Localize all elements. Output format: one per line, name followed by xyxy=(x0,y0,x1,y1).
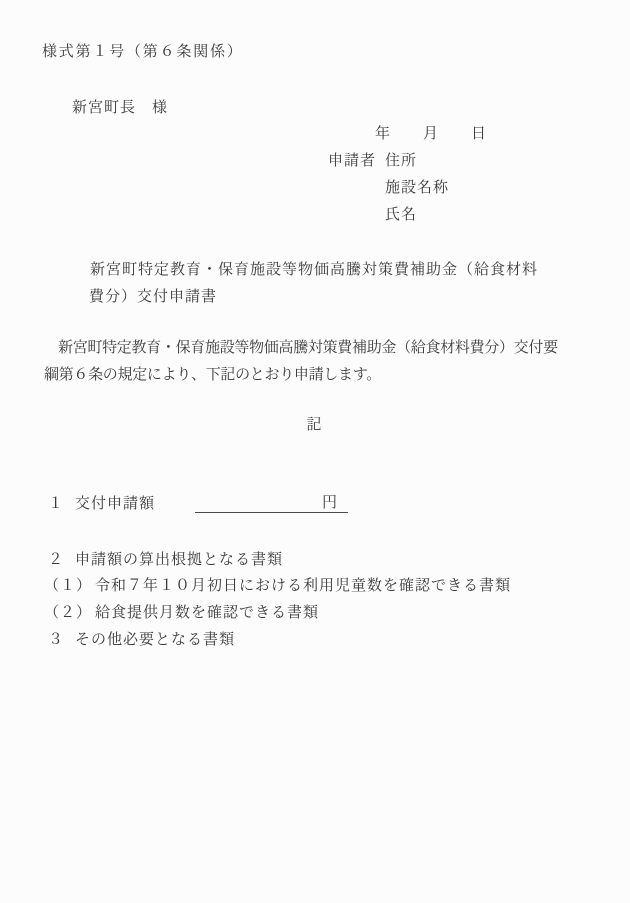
item-2-label: 申請額の算出根拠となる書類 xyxy=(75,553,283,568)
body-paragraph-line-1: 新宮町特定教育・保育施設等物価高騰対策費補助金（給食材料費分）交付要 xyxy=(58,341,558,356)
item-2-sub-1-number: （１） xyxy=(44,579,92,594)
item-3-label: その他必要となる書類 xyxy=(75,633,235,648)
application-amount-field[interactable]: 円 xyxy=(195,496,348,513)
date-line: 年 月 日 xyxy=(375,127,487,142)
item-2-sub-2-label: 給食提供月数を確認できる書類 xyxy=(95,606,319,621)
item-2-number: ２ xyxy=(48,553,64,568)
applicant-facility-name-label: 施設名称 xyxy=(385,181,449,196)
addressee: 新宮町長 様 xyxy=(72,101,168,116)
form-number: 様式第１号（第６条関係） xyxy=(42,45,244,60)
item-1-label: 交付申請額 xyxy=(75,497,155,512)
applicant-name-label: 氏名 xyxy=(385,208,417,223)
document-title-line-1: 新宮町特定教育・保育施設等物価高騰対策費補助金（給食材料 xyxy=(90,263,538,278)
body-paragraph-line-2: 綱第６条の規定により、下記のとおり申請します。 xyxy=(44,368,381,383)
note-heading: 記 xyxy=(0,418,630,433)
document-page: 様式第１号（第６条関係） 新宮町長 様 年 月 日 申請者 住所 施設名称 氏名… xyxy=(0,0,630,903)
item-3-number: ３ xyxy=(48,633,64,648)
item-2-sub-1-label: 令和７年１０月初日における利用児童数を確認できる書類 xyxy=(95,579,511,594)
yen-unit-label: 円 xyxy=(322,495,338,511)
item-1-number: １ xyxy=(48,497,64,512)
applicant-label: 申請者 xyxy=(328,154,376,169)
applicant-address-label: 住所 xyxy=(385,154,417,169)
document-title-line-2: 費分）交付申請書 xyxy=(89,290,217,305)
item-2-sub-2-number: （２） xyxy=(44,606,92,621)
